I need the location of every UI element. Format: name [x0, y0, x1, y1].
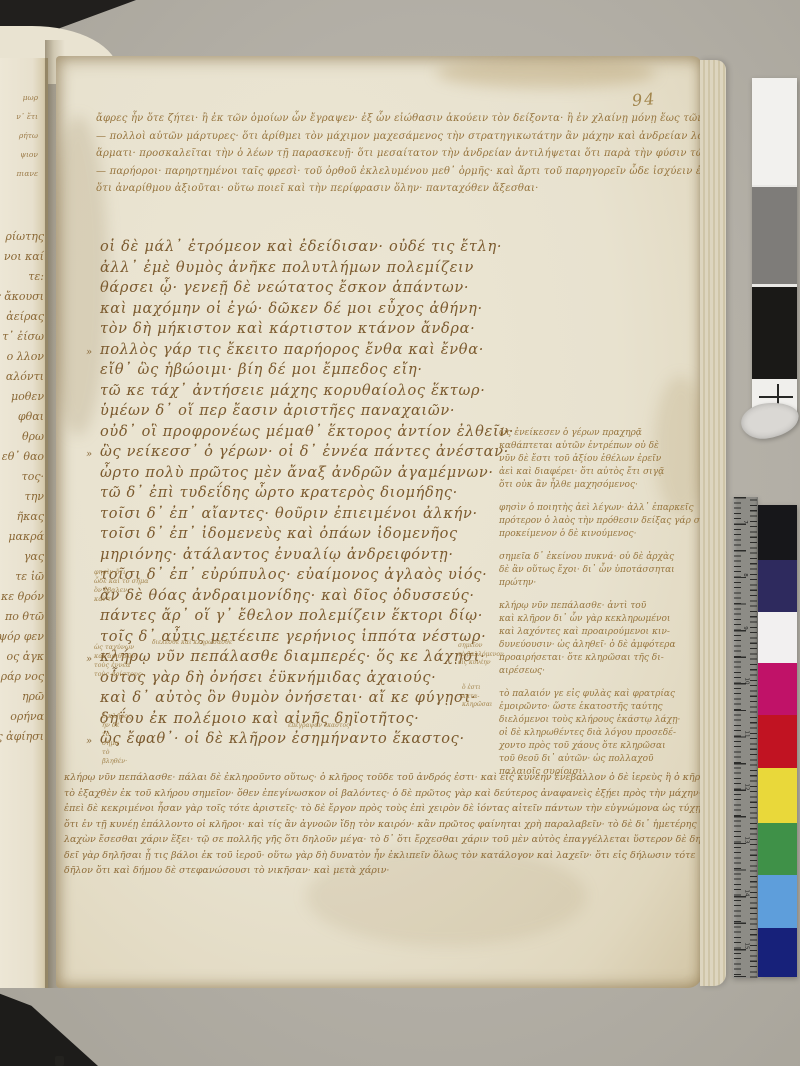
scholia-line: δυνεύουσιν· ὡς ἀληθεῖ· ὁ δὲ ἀμφότερα [499, 639, 702, 652]
scholia-line: νῦν δὲ ἔστι τοῦ ἀξίου ἐθέλων ἐρεῖν [499, 453, 702, 466]
quotation-diple-mark: » [86, 732, 93, 753]
scholia-line: διελόμενοι τοὺς κλήρους ἑκάστῳ λάχῃ· [499, 714, 702, 727]
intercolumn-gloss: ὅ ἐστι κατα- κληρῶσαι [462, 684, 492, 710]
fragment: γας [0, 547, 44, 567]
fragment: κε θρόν [0, 587, 44, 607]
gloss-line: ὧδε καὶ τὸ σῆμα [94, 577, 149, 586]
scholia-line: ὅτι ἀναρίθμου ἀξιοῦται· οὕτω ποιεῖ καὶ τ… [96, 180, 666, 198]
gloss-line: ὅ ἐστι [462, 684, 492, 693]
scholia-paragraph: τὸ παλαιόν γε εἰς φυλὰς καὶ φρατρίας ἐμο… [499, 688, 702, 779]
verse-line: μηριόνης· ἀτάλαντος ἐνυαλίῳ ἀνδρειφόντῃ· [100, 545, 510, 566]
manuscript-photo: μωρ ν᾽ ἔτι ρήτω ψιον πιανε ρίωτης νοι κα… [0, 0, 800, 1066]
verse-line: οὗτος γὰρ δὴ ὀνήσει ἐϋκνήμιδας ἀχαιούς· [100, 668, 510, 689]
fragment: ηρῶ [0, 687, 44, 707]
color-patch-light-blue [758, 875, 797, 928]
fragment: ράρ νος [0, 667, 44, 687]
scholia-line: κλήρῳ νῦν πεπάλασθε· πάλαι δὲ ἐκληροῦντο… [64, 770, 702, 786]
scholia-line: φησὶν ὁ ποιητὴς ἀεὶ λέγων· ἀλλ᾽ ἐπαρκεῖς [499, 502, 702, 515]
gloss-line: σημεῖον [458, 642, 504, 651]
scholia-line: προαιρήσεται· ὅτε κληρῶσαι τῆς δι- [499, 652, 702, 665]
scholia-line: ὅτι ἐν τῇ κυνέῃ ἐπάλλοντο οἱ κλῆροι· καὶ… [64, 817, 702, 833]
intercolumn-gloss: σημεῖον τὸ βαλλόμενον εἰς κυνέην [458, 642, 504, 668]
verse-line: ἀλλ᾽ ἐμὲ θυμὸς ἀνῆκε πολυτλήμων πολεμίζε… [100, 258, 510, 279]
fragment: ο λλον [0, 347, 44, 367]
verse-line: οἱ δὲ μάλ᾽ ἐτρόμεον καὶ ἐδείδισαν· οὐδέ … [100, 237, 510, 258]
ruler-number: 9 [742, 626, 748, 630]
main-text-block: οἱ δὲ μάλ᾽ ἐτρόμεον καὶ ἐδείδισαν· οὐδέ … [100, 237, 510, 750]
interlinear-gloss: ἐπέγραψαν ἕκαστος [288, 722, 349, 729]
gloss-line: ἦν δὲ [102, 721, 132, 730]
scholia-line: δῆλον ὅτι καὶ δήμου δὲ στεφανώσουσι τὸ ν… [64, 863, 702, 879]
grayscale-white-patch [752, 78, 797, 185]
fragment: τε: [0, 267, 44, 287]
verse-line: εἴθ᾽ ὣς ἡβώοιμι· βίη δέ μοι ἔμπεδος εἴη· [100, 360, 510, 381]
verse-line: »κλήρῳ νῦν πεπάλασθε διαμπερές· ὅς κε λά… [100, 647, 510, 668]
fragment: ἀείρας [0, 307, 44, 327]
quotation-diple-mark: » [86, 343, 93, 364]
scholia-line: — παρήοροι· παρηρτημένοι ταῖς φρεσὶ· τοῦ… [96, 163, 666, 181]
scholia-line: καὶ κλῆρον δι᾽ ὧν γὰρ κεκληρωμένοι [499, 613, 702, 626]
fragment: θρω [0, 427, 44, 447]
verse-text: ὣς νείκεσσ᾽ ὁ γέρων· οἱ δ᾽ ἐννέα πάντες … [100, 444, 509, 460]
scholia-line: καθάπτεται αὐτῶν ἐντρέπων οὐ δὲ [499, 440, 702, 453]
parchment-stain [436, 58, 656, 88]
quotation-diple-mark: » [86, 650, 93, 671]
color-patch-magenta [758, 663, 797, 715]
scholia-paragraph: φησὶν ὁ ποιητὴς ἀεὶ λέγων· ἀλλ᾽ ἐπαρκεῖς… [499, 502, 702, 541]
scholia-line: τὸ παλαιόν γε εἰς φυλὰς καὶ φρατρίας [499, 688, 702, 701]
page-edge-mark [55, 1056, 64, 1066]
gloss-line: ὡς ταχύνων [94, 643, 144, 652]
gloss-line: τὸ βαλλόμενον [458, 651, 504, 660]
gloss-line: ὃν ἔβαλεν [94, 586, 149, 595]
scholia-line: — πολλοὶ αὐτῶν μάρτυρες· ὅτι ἀρίθμει τὸν… [96, 128, 666, 146]
fragment: αλόντι [0, 367, 44, 387]
facing-page-text-fragments: ρίωτης νοι καί τε: ας ἄκουσι ἀείρας τ᾽ ἐ… [0, 227, 44, 747]
verse-line: ὑμέων δ᾽ οἵ περ ἔασιν ἀριστῆες παναχαιῶν… [100, 401, 510, 422]
verse-line: ὦρτο πολὺ πρῶτος μὲν ἄναξ ἀνδρῶν ἀγαμέμν… [100, 463, 510, 484]
ruler-number: 12 [744, 784, 750, 791]
facing-page-scholia-fragments: μωρ ν᾽ ἔτι ρήτω ψιον πιανε [0, 88, 38, 183]
gloss-line: κατα- [462, 693, 492, 702]
scholia-paragraph: ὡς ἐνείκεσεν ὁ γέρων πραχηρᾷ καθάπτεται … [499, 427, 702, 492]
color-patch-dark-violet [758, 560, 797, 612]
gloss-line: τοὺς ἐννέα [94, 661, 144, 670]
verse-line: καὶ δ᾽ αὐτὸς ὃν θυμὸν ὀνήσεται· αἴ κε φύ… [100, 688, 510, 709]
gloss-line: βληθέν· [102, 757, 132, 766]
binding-shadow-bottom-left [0, 980, 98, 1066]
left-margin-gloss: ὡς ταχύνων καὶ ἀριθμῶν τοὺς ἐννέα τοὺς ἀ… [94, 643, 144, 679]
scholia-line: κλήρῳ νῦν πεπάλασθε· ἀντὶ τοῦ [499, 600, 702, 613]
gloss-line: τὸ [102, 730, 132, 739]
scholia-line: ἐπεὶ δὲ κεκριμένοι ἦσαν γὰρ τοῖς τότε ἀρ… [64, 801, 702, 817]
scholia-line: ὡς ἐνείκεσεν ὁ γέρων πραχηρᾷ [499, 427, 702, 440]
ruler: 7 8 9 10 11 12 13 14 15 [733, 497, 758, 978]
scholia-line: τὸ ἐξαχθὲν ἐκ τοῦ κλήρου σημεῖον· ὅθεν ἐ… [64, 786, 702, 802]
scholia-line: χοντο πρὸς τοῦ χάους ὅτε κληρῶσαι [499, 740, 702, 753]
color-calibration-bar [758, 505, 797, 977]
verse-line: τοῖσι δ᾽ ἐπ᾽ ἰδομενεὺς καὶ ὀπάων ἰδομενῆ… [100, 524, 510, 545]
gloss-line: φησὶν ὅτι [94, 568, 149, 577]
fragment: ρίωτης [0, 227, 44, 247]
interlinear-gloss: διελέσθε καὶ κληρώσασθε [152, 639, 232, 646]
ruler-number: 7 [742, 520, 748, 524]
scholia-line: ἄφρες ἦν ὅτε ζήτει· ἢ ἐκ τῶν ὁμοίων ὧν ἔ… [96, 110, 666, 128]
verse-text: κλήρῳ νῦν πεπάλασθε διαμπερές· ὅς κε λάχ… [100, 649, 485, 665]
fragment: ψόρ φεν [0, 627, 44, 647]
scholia-paragraph: κλήρῳ νῦν πεπάλασθε· ἀντὶ τοῦ καὶ κλῆρον… [499, 600, 702, 678]
gloss-line: σῆμα [102, 739, 132, 748]
fragment: μακρά [0, 527, 44, 547]
gloss-line: τοὺς ἀρίστους· [94, 670, 144, 679]
fragment: ῆκας [0, 507, 44, 527]
fragment: ας ἄκουσι [0, 287, 44, 307]
gloss-line: κληρῶσαι [462, 701, 492, 710]
crosshair-icon [759, 396, 793, 398]
verse-text: ὣς ἔφαθ᾽· οἱ δὲ κλῆρον ἐσημήναντο ἕκαστο… [100, 731, 465, 747]
crumpled-tape [739, 400, 800, 442]
color-patch-yellow [758, 768, 797, 823]
fragment: μωρ [0, 88, 38, 107]
verse-line: πάντες ἄρ᾽ οἵ γ᾽ ἔθελον πολεμίζειν ἕκτορ… [100, 606, 510, 627]
verse-text: πολλὸς γάρ τις ἔκειτο παρήορος ἔνθα καὶ … [100, 342, 484, 358]
fragment: ρήτω [0, 126, 38, 145]
fragment: ψιον [0, 145, 38, 164]
verse-line: τῶ δ᾽ ἐπὶ τυδεΐδης ὦρτο κρατερὸς διομήδη… [100, 483, 510, 504]
scholia-line: ἐμοιρῶντο· ὥστε ἑκατοστῆς ταύτης [499, 701, 702, 714]
color-patch-red [758, 715, 797, 768]
gloss-line: εἰς κυνέην [458, 659, 504, 668]
fragment: ορήνα [0, 707, 44, 727]
fragment: ος ἀγκ [0, 647, 44, 667]
gloss-line: καὶ τί· [94, 595, 149, 604]
fragment: φθαι [0, 407, 44, 427]
top-scholia-block: ἄφρες ἦν ὅτε ζήτει· ἢ ἐκ τῶν ὁμοίων ὧν ἔ… [96, 110, 666, 198]
verse-line: τῶ κε τάχ᾽ ἀντήσειε μάχης κορυθαίολος ἕκ… [100, 381, 510, 402]
fragment: τε ἰῶ [0, 567, 44, 587]
ruler-number: 13 [744, 837, 750, 844]
ruler-ticks [734, 497, 746, 978]
scholia-line: δὲ ἂν οὕτως ἔχοι· δι᾽ ὧν ὑποτάσσηται [499, 564, 702, 577]
fragment: ν᾽ ἔτι [0, 107, 38, 126]
fragment: πο θτῶ [0, 607, 44, 627]
verse-line: τοῖσι δ᾽ ἐπ᾽ αἴαντες· θοῦριν ἐπιειμένοι … [100, 504, 510, 525]
scholia-line: ἀεὶ καὶ διαφέρει· ὅτι αὐτὸς ἔτι σιγᾷ [499, 466, 702, 479]
scholia-line: αιρέσεως· [499, 665, 702, 678]
scholia-line: πρώτην· [499, 577, 702, 590]
fragment: τ᾽ ἐίσω [0, 327, 44, 347]
gloss-line: ὁ κλῆρος [102, 712, 132, 721]
color-patch-navy [758, 928, 797, 977]
ruler-number: 10 [744, 678, 750, 685]
verse-line: θάρσει ᾧ· γενεῇ δὲ νεώτατος ἔσκον ἁπάντω… [100, 278, 510, 299]
ruler-number: 8 [742, 573, 748, 577]
ruler-number: 14 [744, 890, 750, 897]
book-fore-edge [700, 60, 726, 986]
scholia-line: λαχὼν ἔσεσθαι χάριν ἕξει· τῷ σε πολλῆς γ… [64, 832, 702, 848]
scholia-line: δεῖ γὰρ δηλῆσαι ᾗ τις βάλοι ἐκ τοῦ ἱεροῦ… [64, 848, 702, 864]
scholia-line: προκείμενον ὁ δὲ κινούμενος· [499, 528, 702, 541]
fragment: εθ᾽ θαο [0, 447, 44, 467]
scholia-line: οἱ δὲ κληρωθέντες διὰ λόγου προσεδέ- [499, 727, 702, 740]
ruler-number: 11 [744, 731, 750, 738]
color-patch-white [758, 612, 797, 663]
verse-line: »ὣς νείκεσσ᾽ ὁ γέρων· οἱ δ᾽ ἐννέα πάντες… [100, 442, 510, 463]
color-patch-green [758, 823, 797, 875]
gloss-line: τὸ [102, 748, 132, 757]
verse-line: τὸν δὴ μήκιστον καὶ κάρτιστον κτάνον ἄνδ… [100, 319, 510, 340]
verse-line: τοῖσι δ᾽ ἐπ᾽ εὐρύπυλος· εὐαίμονος ἀγλαὸς… [100, 565, 510, 586]
fragment: την [0, 487, 44, 507]
scholia-line: ἅρματι· προσκαλεῖται τὴν ὁ λέων τῇ παρασ… [96, 145, 666, 163]
fragment: μοθεν [0, 387, 44, 407]
left-margin-gloss: ὁ κλῆρος ἦν δὲ τὸ σῆμα τὸ βληθέν· [102, 712, 132, 766]
verse-line: ἂν δὲ θόας ἀνδραιμονίδης· καὶ δῖος ὀδυσσ… [100, 586, 510, 607]
verse-line: καὶ μαχόμην οἱ ἐγώ· δῶκεν δέ μοι εὖχος ἀ… [100, 299, 510, 320]
ruler-number: 15 [744, 943, 750, 950]
grayscale-calibration-bar [752, 78, 797, 420]
fragment: τος· [0, 467, 44, 487]
fragment: ς ἀφίησι [0, 727, 44, 747]
scholia-line: σημεῖα δ᾽ ἐκείνου πυκνά· οὐ δὲ ἀρχὰς [499, 551, 702, 564]
scholia-line: καὶ λαχόντες καὶ προαιρούμενοι κιν- [499, 626, 702, 639]
right-margin-scholia: ὡς ἐνείκεσεν ὁ γέρων πραχηρᾷ καθάπτεται … [499, 427, 702, 789]
verse-line: »ὣς ἔφαθ᾽· οἱ δὲ κλῆρον ἐσημήναντο ἕκαστ… [100, 729, 510, 750]
grayscale-gray-patch [752, 185, 797, 284]
scholia-line: πρότερον ὁ λαὸς τὴν πρόθεσιν δείξας γάρ … [499, 515, 702, 528]
scholia-line: ὅτι οὐκ ἂν ἦλθε μαχησόμενος· [499, 479, 702, 492]
verse-line: οὐδ᾽ οἳ προφρονέως μέμαθ᾽ ἕκτορος ἀντίον… [100, 422, 510, 443]
verse-line: »πολλὸς γάρ τις ἔκειτο παρήορος ἔνθα καὶ… [100, 340, 510, 361]
grayscale-black-patch [752, 284, 797, 379]
scholia-paragraph: σημεῖα δ᾽ ἐκείνου πυκνά· οὐ δὲ ἀρχὰς δὲ … [499, 551, 702, 590]
quotation-diple-mark: » [86, 445, 93, 466]
folio-number: 94 [631, 89, 657, 110]
parchment-page: 94 ἄφρες ἦν ὅτε ζήτει· ἢ ἐκ τῶν ὁμοίων ὧ… [56, 56, 702, 988]
left-margin-gloss: φησὶν ὅτι ὧδε καὶ τὸ σῆμα ὃν ἔβαλεν καὶ … [94, 568, 149, 604]
gloss-line: καὶ ἀριθμῶν [94, 652, 144, 661]
fragment: νοι καί [0, 247, 44, 267]
scholia-line: τοῦ θεοῦ δι᾽ αὐτῶν· ὡς πολλαχοῦ [499, 753, 702, 766]
bottom-scholia-block: κλήρῳ νῦν πεπάλασθε· πάλαι δὲ ἐκληροῦντο… [64, 770, 702, 879]
color-patch-black [758, 505, 797, 560]
fragment: πιανε [0, 164, 38, 183]
